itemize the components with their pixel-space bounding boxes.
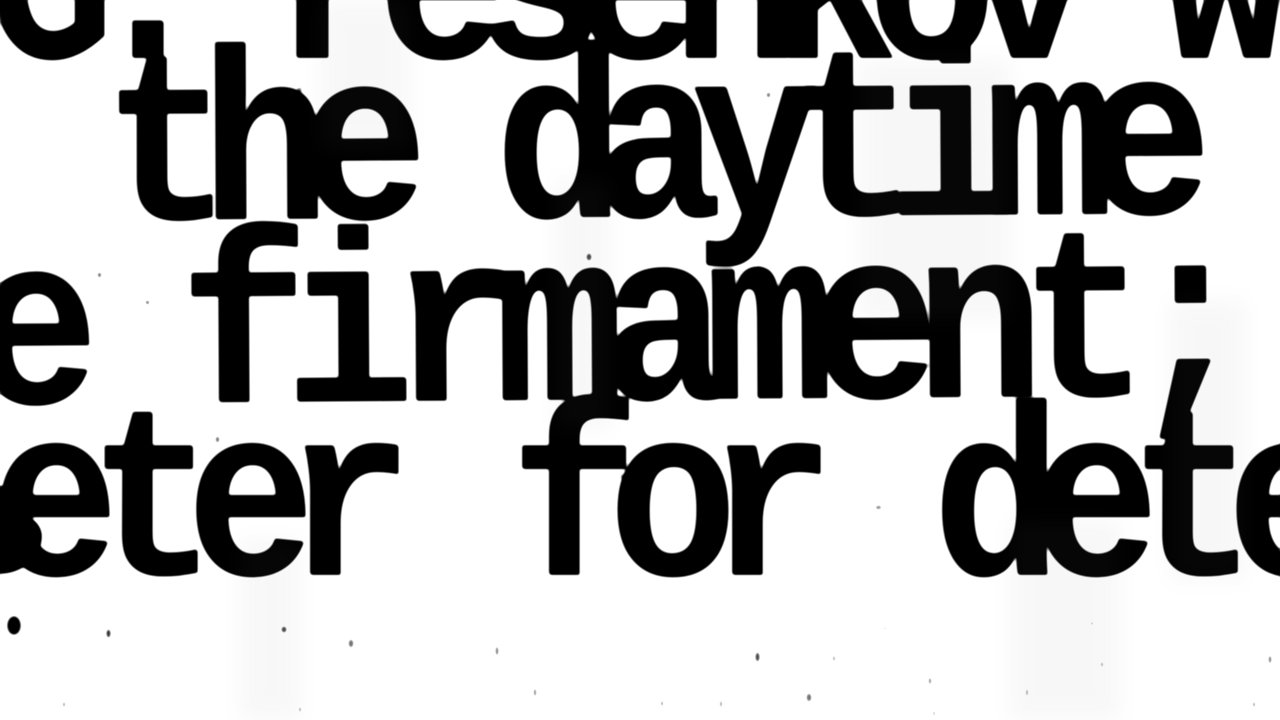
scan-speck bbox=[875, 505, 882, 510]
scan-speck bbox=[832, 655, 836, 662]
scan-speck bbox=[757, 266, 761, 271]
scan-speck bbox=[660, 700, 664, 707]
scan-speck bbox=[859, 566, 862, 572]
scan-speck bbox=[7, 616, 21, 635]
scanned-page: G. Fesenkov w the daytime e firmament; e… bbox=[0, 0, 1280, 720]
scan-speck bbox=[62, 701, 66, 708]
scan-layer: G. Fesenkov w the daytime e firmament; e… bbox=[0, 0, 1280, 720]
scan-speck bbox=[1100, 661, 1104, 668]
scan-speck bbox=[1090, 621, 1094, 626]
scan-speck bbox=[883, 626, 887, 631]
scan-speck bbox=[297, 87, 302, 93]
scan-speck bbox=[806, 693, 812, 702]
scan-speck bbox=[1252, 701, 1256, 708]
scan-speck bbox=[620, 474, 624, 479]
scan-speck bbox=[281, 626, 287, 633]
scan-speck bbox=[586, 253, 592, 261]
scan-speck bbox=[928, 677, 932, 685]
scan-speck bbox=[106, 629, 111, 638]
scan-speck bbox=[145, 300, 150, 305]
scan-speck bbox=[215, 436, 220, 443]
scan-speck bbox=[1025, 688, 1029, 697]
scan-speck bbox=[495, 646, 499, 656]
scan-speck bbox=[755, 652, 760, 662]
scan-speck bbox=[766, 92, 771, 98]
scan-speck bbox=[348, 639, 354, 648]
scan-speck bbox=[380, 205, 384, 210]
scan-speck bbox=[719, 700, 723, 708]
scan-speck bbox=[533, 688, 537, 697]
scan-speck bbox=[97, 272, 102, 278]
scan-speck bbox=[1268, 655, 1272, 664]
text-line-4: eter for dete bbox=[0, 389, 1280, 632]
scan-speck bbox=[298, 706, 302, 713]
scan-speck bbox=[932, 710, 936, 717]
